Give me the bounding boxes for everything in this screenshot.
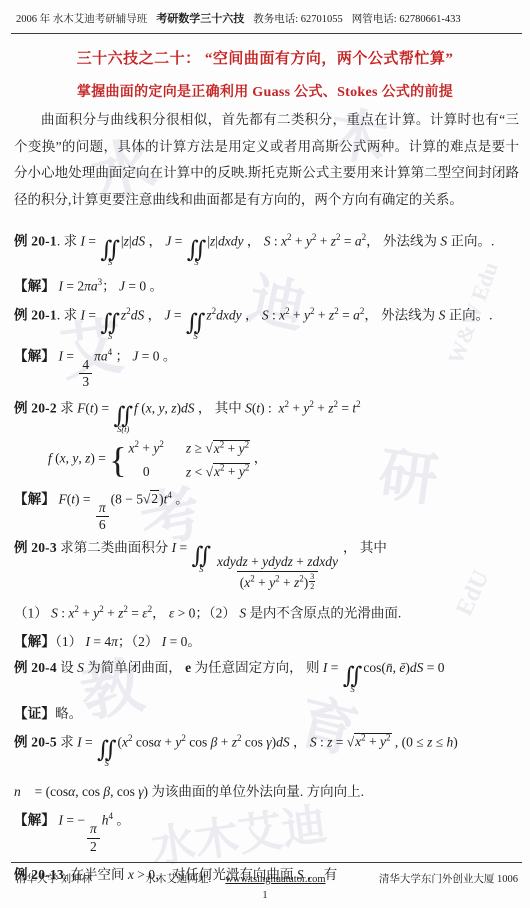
page-header: 2006 年 水木艾迪考研辅导班 考研数学三十六技 教务电话: 62701055… (16, 10, 520, 26)
footer-address: 清华大学东门外创业大厦 1006 (379, 871, 518, 886)
page-footer: 清华大学 刘坤林 水木艾迪网址: www.tsinghuatutor.com 清… (16, 871, 518, 886)
examples-content: 例 20-1. 求 I = ∬S|z|dS ， J = ∬S|z|dxdy ， … (14, 221, 522, 884)
page-number: 1 (0, 890, 530, 901)
example-20-1b: 例 20-1. 求 I = ∬Sz2dS ， J = ∬Sz2dxdy ， S … (14, 305, 522, 341)
header-rule (11, 33, 522, 34)
example-20-3-conditions: （1） S : x2 + y2 + z2 = ε2， ε > 0；（2） S 是… (14, 603, 522, 623)
example-20-1a: 例 20-1. 求 I = ∬S|z|dS ， J = ∬S|z|dxdy ， … (14, 231, 522, 267)
intro-paragraph: 曲面积分与曲线积分很相似，首先都有二类积分，重点在计算。计算时也有“三个变换”的… (14, 107, 519, 213)
solution-20-5: 【解】 I = −π2h4 。 (14, 810, 522, 855)
footer-author: 清华大学 刘坤林 (16, 871, 92, 886)
solution-20-1a: 【解】 I = 2πa3； J = 0 。 (14, 276, 522, 296)
header-phone-office: 教务电话: 62701055 (253, 11, 343, 26)
header-course-title: 考研数学三十六技 (156, 10, 244, 26)
example-20-5: 例 20-5 求 I = ∬S(x2 cosα + y2 cos β + z2 … (14, 732, 522, 768)
footer-site-label: 水木艾迪网址: (145, 871, 211, 886)
header-phone-admin: 网管电话: 62780661-433 (352, 11, 461, 26)
footer-rule (11, 862, 522, 863)
example-20-3: 例 20-3 求第二类曲面积分 I = ∬Sxdydz + ydydz + zd… (14, 538, 522, 591)
chapter-title: 三十六技之二十： “空间曲面有方向，两个公式帮忙算” (0, 47, 530, 68)
solution-20-1b: 【解】 I = 43πa4 ； J = 0 。 (14, 346, 522, 391)
example-20-5-normal: n⃗ = (cosα, cos β, cos γ) 为该曲面的单位外法向量. 方… (14, 782, 522, 802)
document-page: 水木艾迪W&W Edu考研教EdU育水木艾迪 2006 年 水木艾迪考研辅导班 … (0, 0, 530, 908)
footer-site-link[interactable]: www.tsinghuatutor.com (225, 874, 325, 885)
solution-20-2: 【解】 F(t) = π6(8 − 5√2)t4 。 (14, 489, 522, 534)
chapter-subtitle: 掌握曲面的定向是正确利用 Guass 公式、Stokes 公式的前提 (0, 81, 530, 101)
example-20-4: 例 20-4 设 S 为简单闭曲面， e 为任意固定方向， 则 I = ∬Sco… (14, 658, 522, 693)
header-year-org: 2006 年 水木艾迪考研辅导班 (16, 11, 147, 26)
example-20-2-piecewise: f (x, y, z) = {x2 + y2z ≥ √x2 + y20z < √… (14, 438, 522, 481)
solution-20-3: 【解】（1） I = 4π；（2） I = 0。 (14, 632, 522, 652)
proof-20-4: 【证】略。 (14, 704, 522, 724)
example-20-2: 例 20-2 求 F(t) = ∬S(t)f (x, y, z)dS ， 其中 … (14, 398, 522, 434)
